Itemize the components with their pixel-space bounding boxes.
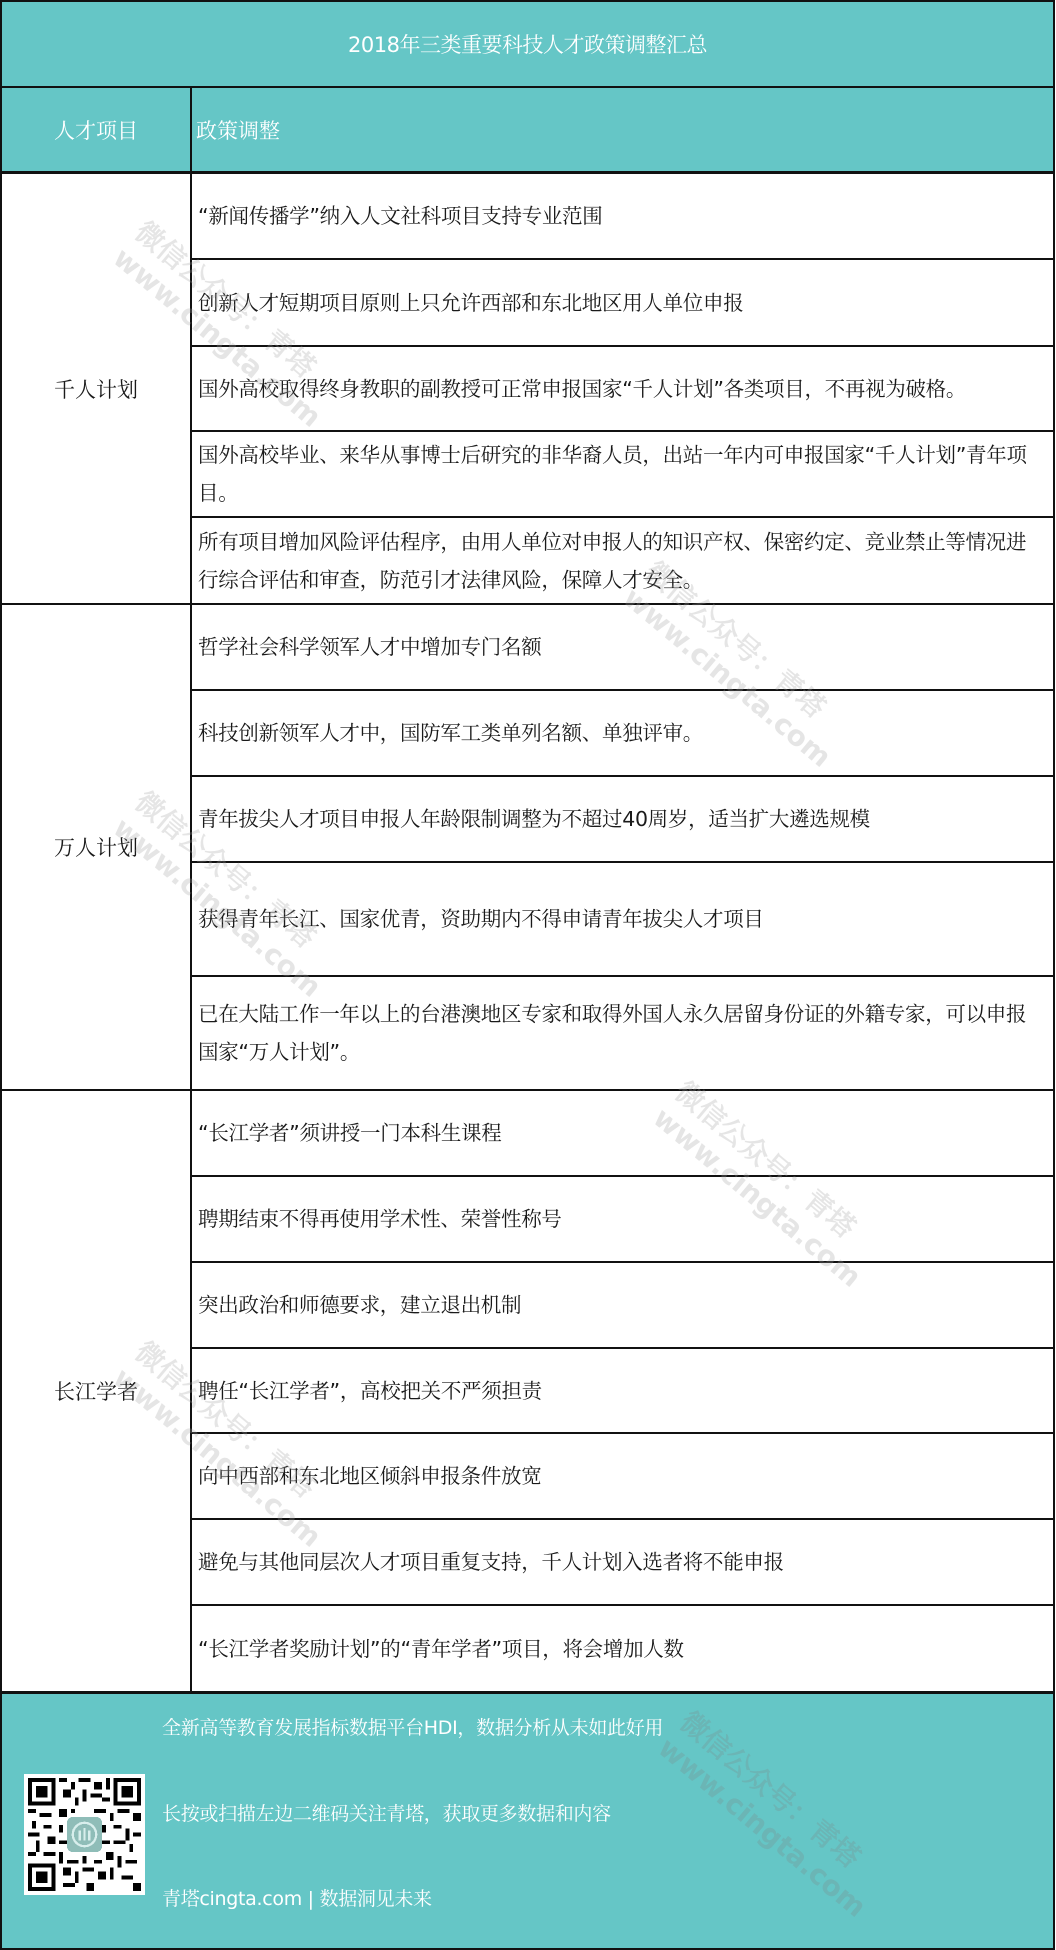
policy-text: 青年拔尖人才项目申报人年龄限制调整为不超过40周岁，适当扩大遴选规模	[198, 800, 870, 838]
policy-text: 科技创新领军人才中，国防军工类单列名额、单独评审。	[198, 714, 703, 752]
table-row: “长江学者奖励计划”的“青年学者”项目，将会增加人数	[192, 1606, 1053, 1691]
category-label: 万人计划	[2, 605, 192, 1089]
footer-scan-prompt: 长按或扫描左边二维码关注青塔，获取更多数据和内容	[162, 1799, 611, 1826]
header-col-policy: 政策调整	[192, 88, 1053, 171]
table-row: 国外高校毕业、来华从事博士后研究的非华裔人员，出站一年内可申报国家“千人计划”青…	[192, 432, 1053, 518]
table-row: 国外高校取得终身教职的副教授可正常申报国家“千人计划”各类项目，不再视为破格。	[192, 347, 1053, 432]
table-row: 哲学社会科学领军人才中增加专门名额	[192, 605, 1053, 691]
policy-text: “长江学者”须讲授一门本科生课程	[198, 1114, 501, 1152]
table-row: “长江学者”须讲授一门本科生课程	[192, 1091, 1053, 1177]
table-row: 科技创新领军人才中，国防军工类单列名额、单独评审。	[192, 691, 1053, 777]
table-row: 突出政治和师德要求，建立退出机制	[192, 1263, 1053, 1349]
promo-footer: 全新高等教育发展指标数据平台HDI，数据分析从未如此好用 长按或扫描左边二维码关…	[2, 1694, 1053, 1948]
policy-text: 已在大陆工作一年以上的台港澳地区专家和取得外国人永久居留身份证的外籍专家，可以申…	[198, 995, 1045, 1071]
policy-text: 国外高校取得终身教职的副教授可正常申报国家“千人计划”各类项目，不再视为破格。	[198, 370, 966, 408]
policy-text: 国外高校毕业、来华从事博士后研究的非华裔人员，出站一年内可申报国家“千人计划”青…	[198, 436, 1045, 512]
category-label: 千人计划	[2, 174, 192, 603]
policy-summary-table: 2018年三类重要科技人才政策调整汇总 人才项目 政策调整 千人计划 “新闻传播…	[0, 0, 1055, 1950]
policy-text: “长江学者奖励计划”的“青年学者”项目，将会增加人数	[198, 1630, 684, 1668]
group-changjiang-scholars: 长江学者 “长江学者”须讲授一门本科生课程 聘期结束不得再使用学术性、荣誉性称号…	[2, 1091, 1053, 1694]
group-thousand-talents: 千人计划 “新闻传播学”纳入人文社科项目支持专业范围 创新人才短期项目原则上只允…	[2, 174, 1053, 605]
policy-text: 聘期结束不得再使用学术性、荣誉性称号	[198, 1200, 562, 1238]
table-row: 避免与其他同层次人才项目重复支持，千人计划入选者将不能申报	[192, 1520, 1053, 1606]
policy-text: 聘任“长江学者”，高校把关不严须担责	[198, 1372, 542, 1410]
table-title-text: 2018年三类重要科技人才政策调整汇总	[348, 29, 707, 59]
policy-text: 避免与其他同层次人才项目重复支持，千人计划入选者将不能申报	[198, 1543, 784, 1581]
policy-text: 创新人才短期项目原则上只允许西部和东北地区用人单位申报	[198, 284, 743, 322]
policy-text: 所有项目增加风险评估程序，由用人单位对申报人的知识产权、保密约定、竞业禁止等情况…	[198, 523, 1045, 599]
table-row: 所有项目增加风险评估程序，由用人单位对申报人的知识产权、保密约定、竞业禁止等情况…	[192, 518, 1053, 603]
policy-text: 获得青年长江、国家优青，资助期内不得申请青年拔尖人才项目	[198, 900, 764, 938]
table-header-row: 人才项目 政策调整	[2, 88, 1053, 174]
footer-hdi-promo: 全新高等教育发展指标数据平台HDI，数据分析从未如此好用	[162, 1713, 663, 1740]
table-row: 聘任“长江学者”，高校把关不严须担责	[192, 1349, 1053, 1435]
header-col-program: 人才项目	[2, 88, 192, 171]
table-row: 青年拔尖人才项目申报人年龄限制调整为不超过40周岁，适当扩大遴选规模	[192, 777, 1053, 863]
table-row: 向中西部和东北地区倾斜申报条件放宽	[192, 1434, 1053, 1520]
policy-text: 哲学社会科学领军人才中增加专门名额	[198, 628, 541, 666]
policy-text: 向中西部和东北地区倾斜申报条件放宽	[198, 1457, 541, 1495]
footer-brand-link[interactable]: 青塔cingta.com | 数据洞见未来	[162, 1884, 432, 1911]
table-row: 聘期结束不得再使用学术性、荣誉性称号	[192, 1177, 1053, 1263]
table-row: 创新人才短期项目原则上只允许西部和东北地区用人单位申报	[192, 260, 1053, 347]
table-row: 获得青年长江、国家优青，资助期内不得申请青年拔尖人才项目	[192, 863, 1053, 977]
policy-text: 突出政治和师德要求，建立退出机制	[198, 1286, 521, 1324]
qr-code-icon[interactable]	[24, 1774, 145, 1895]
table-row: “新闻传播学”纳入人文社科项目支持专业范围	[192, 174, 1053, 260]
table-title: 2018年三类重要科技人才政策调整汇总	[2, 2, 1053, 88]
group-ten-thousand-talents: 万人计划 哲学社会科学领军人才中增加专门名额 科技创新领军人才中，国防军工类单列…	[2, 605, 1053, 1091]
table-row: 已在大陆工作一年以上的台港澳地区专家和取得外国人永久居留身份证的外籍专家，可以申…	[192, 977, 1053, 1089]
policy-text: “新闻传播学”纳入人文社科项目支持专业范围	[198, 197, 602, 235]
category-label: 长江学者	[2, 1091, 192, 1691]
